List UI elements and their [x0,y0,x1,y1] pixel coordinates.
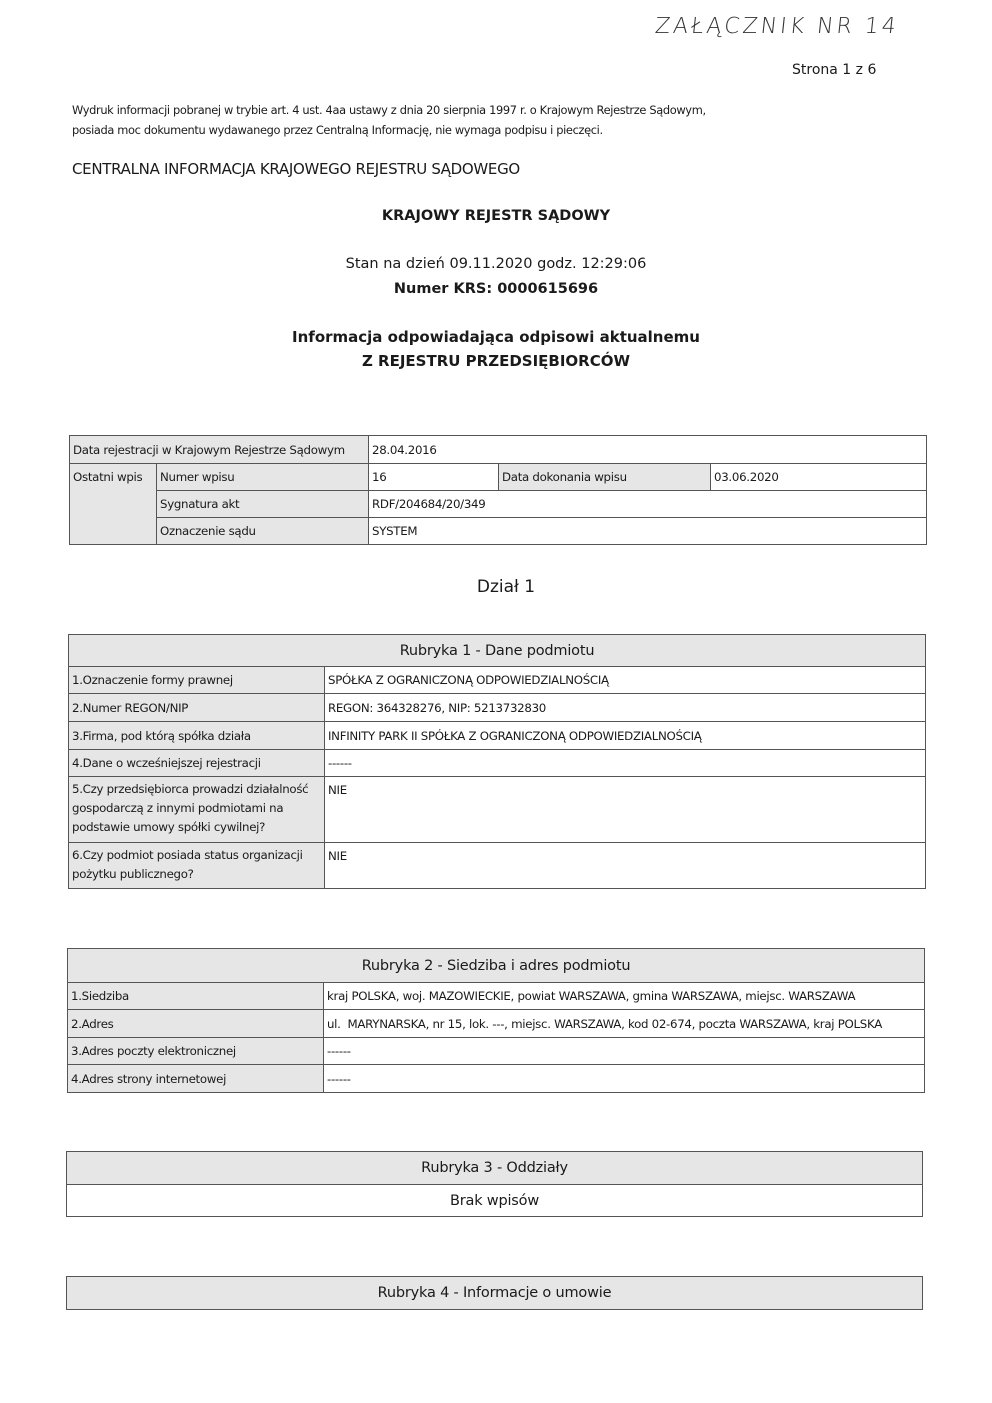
institution-name: CENTRALNA INFORMACJA KRAJOWEGO REJESTRU … [72,160,520,178]
table-row: 2.Adres ul. MARYNARSKA, nr 15, lok. ---,… [68,1010,925,1038]
row-label: 2.Adres [68,1010,324,1038]
table-row: 3.Adres poczty elektronicznej ------ [68,1038,925,1065]
registration-meta-table: Data rejestracji w Krajowym Rejestrze Są… [69,435,927,545]
krs-number: Numer KRS: 0000615696 [0,281,992,297]
register-title: KRAJOWY REJESTR SĄDOWY [0,208,992,224]
row-value: INFINITY PARK II SPÓŁKA Z OGRANICZONĄ OD… [325,722,926,750]
row-label: 4.Adres strony internetowej [68,1065,324,1093]
row-value: ------ [324,1065,925,1093]
rubryka-1-table: Rubryka 1 - Dane podmiotu 1.Oznaczenie f… [68,634,926,889]
row-value: ------ [325,750,926,777]
rubryka-1-title: Rubryka 1 - Dane podmiotu [69,635,926,667]
entry-date-value: 03.06.2020 [711,464,927,491]
row-label: 4.Dane o wcześniejszej rejestracji [69,750,325,777]
court-value: SYSTEM [369,518,927,545]
case-ref-value: RDF/204684/20/349 [369,491,927,518]
case-ref-label: Sygnatura akt [157,491,369,518]
table-row: 6.Czy podmiot posiada status organizacji… [69,843,926,889]
rubryka-4-title: Rubryka 4 - Informacje o umowie [67,1277,923,1310]
table-row: 1.Siedziba kraj POLSKA, woj. MAZOWIECKIE… [68,983,925,1010]
row-label: 3.Adres poczty elektronicznej [68,1038,324,1065]
entry-number-label: Numer wpisu [157,464,369,491]
table-row: 3.Firma, pod którą spółka działa INFINIT… [69,722,926,750]
row-value: NIE [325,777,926,843]
row-value: kraj POLSKA, woj. MAZOWIECKIE, powiat WA… [324,983,925,1010]
row-value: ul. MARYNARSKA, nr 15, lok. ---, miejsc.… [324,1010,925,1038]
court-label: Oznaczenie sądu [157,518,369,545]
disclaimer-line-1: Wydruk informacji pobranej w trybie art.… [72,100,792,120]
row-label: 1.Oznaczenie formy prawnej [69,667,325,694]
rubryka-3-value: Brak wpisów [67,1185,923,1217]
registration-date-label: Data rejestracji w Krajowym Rejestrze Są… [70,436,369,464]
row-value: ------ [324,1038,925,1065]
table-row: 4.Adres strony internetowej ------ [68,1065,925,1093]
page-indicator: Strona 1 z 6 [792,62,876,78]
section-title: Dział 1 [0,577,992,597]
row-value: NIE [325,843,926,889]
registration-date-value: 28.04.2016 [369,436,927,464]
state-as-of: Stan na dzień 09.11.2020 godz. 12:29:06 [0,256,992,272]
document-title-line-1: Informacja odpowiadająca odpisowi aktual… [0,328,992,346]
last-entry-label: Ostatni wpis [70,464,157,545]
rubryka-3-title: Rubryka 3 - Oddziały [67,1152,923,1185]
rubryka-4-table: Rubryka 4 - Informacje o umowie [66,1276,923,1310]
handwritten-annotation: ZAŁĄCZNIK NR 14 [654,14,900,39]
table-row: 5.Czy przedsiębiorca prowadzi działalnoś… [69,777,926,843]
rubryka-3-table: Rubryka 3 - Oddziały Brak wpisów [66,1151,923,1217]
row-value: REGON: 364328276, NIP: 5213732830 [325,694,926,722]
row-label: 3.Firma, pod którą spółka działa [69,722,325,750]
entry-number-value: 16 [369,464,499,491]
row-value: SPÓŁKA Z OGRANICZONĄ ODPOWIEDZIALNOŚCIĄ [325,667,926,694]
disclaimer-line-2: posiada moc dokumentu wydawanego przez C… [72,120,792,140]
rubryka-2-table: Rubryka 2 - Siedziba i adres podmiotu 1.… [67,948,925,1093]
row-label: 5.Czy przedsiębiorca prowadzi działalnoś… [69,777,325,843]
row-label: 1.Siedziba [68,983,324,1010]
row-label: 2.Numer REGON/NIP [69,694,325,722]
row-label: 6.Czy podmiot posiada status organizacji… [69,843,325,889]
rubryka-2-title: Rubryka 2 - Siedziba i adres podmiotu [68,949,925,983]
disclaimer: Wydruk informacji pobranej w trybie art.… [72,100,792,140]
table-row: 1.Oznaczenie formy prawnej SPÓŁKA Z OGRA… [69,667,926,694]
table-row: 2.Numer REGON/NIP REGON: 364328276, NIP:… [69,694,926,722]
entry-date-label: Data dokonania wpisu [499,464,711,491]
document-title-line-2: Z REJESTRU PRZEDSIĘBIORCÓW [0,352,992,370]
table-row: 4.Dane o wcześniejszej rejestracji -----… [69,750,926,777]
